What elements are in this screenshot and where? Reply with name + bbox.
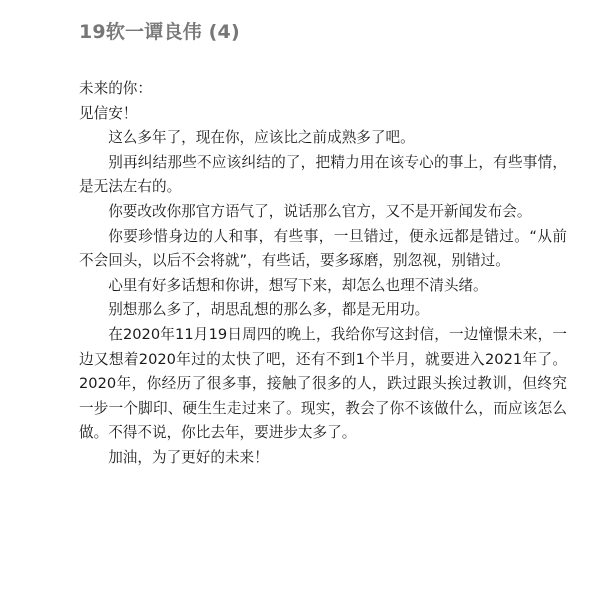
greeting: 见信安！ <box>79 102 567 127</box>
paragraph: 别再纠结那些不应该纠结的了，把精力用在该专心的事上，有些事情，是无法左右的。 <box>79 151 567 200</box>
document-title: 19软一谭良伟 (4) <box>79 18 567 46</box>
letter-document: 19软一谭良伟 (4) 未来的你： 见信安！ 这么多年了，现在你，应该比之前成熟… <box>79 18 567 471</box>
paragraph: 别想那么多了，胡思乱想的那么多，都是无用功。 <box>79 298 567 323</box>
paragraph: 心里有好多话想和你讲，想写下来，却怎么也理不清头绪。 <box>79 274 567 299</box>
letter-body: 未来的你： 见信安！ 这么多年了，现在你，应该比之前成熟多了吧。 别再纠结那些不… <box>79 77 567 471</box>
paragraph: 你要改改你那官方语气了，说话那么官方，又不是开新闻发布会。 <box>79 200 567 225</box>
paragraph: 这么多年了，现在你，应该比之前成熟多了吧。 <box>79 126 567 151</box>
paragraph: 在2020年11月19日周四的晚上，我给你写这封信，一边憧憬未来，一边又想着20… <box>79 323 567 446</box>
closing-paragraph: 加油，为了更好的未来！ <box>79 446 567 471</box>
paragraph: 你要珍惜身边的人和事，有些事，一旦错过，便永远都是错过。“从前不会回头，以后不会… <box>79 225 567 274</box>
salutation: 未来的你： <box>79 77 567 102</box>
